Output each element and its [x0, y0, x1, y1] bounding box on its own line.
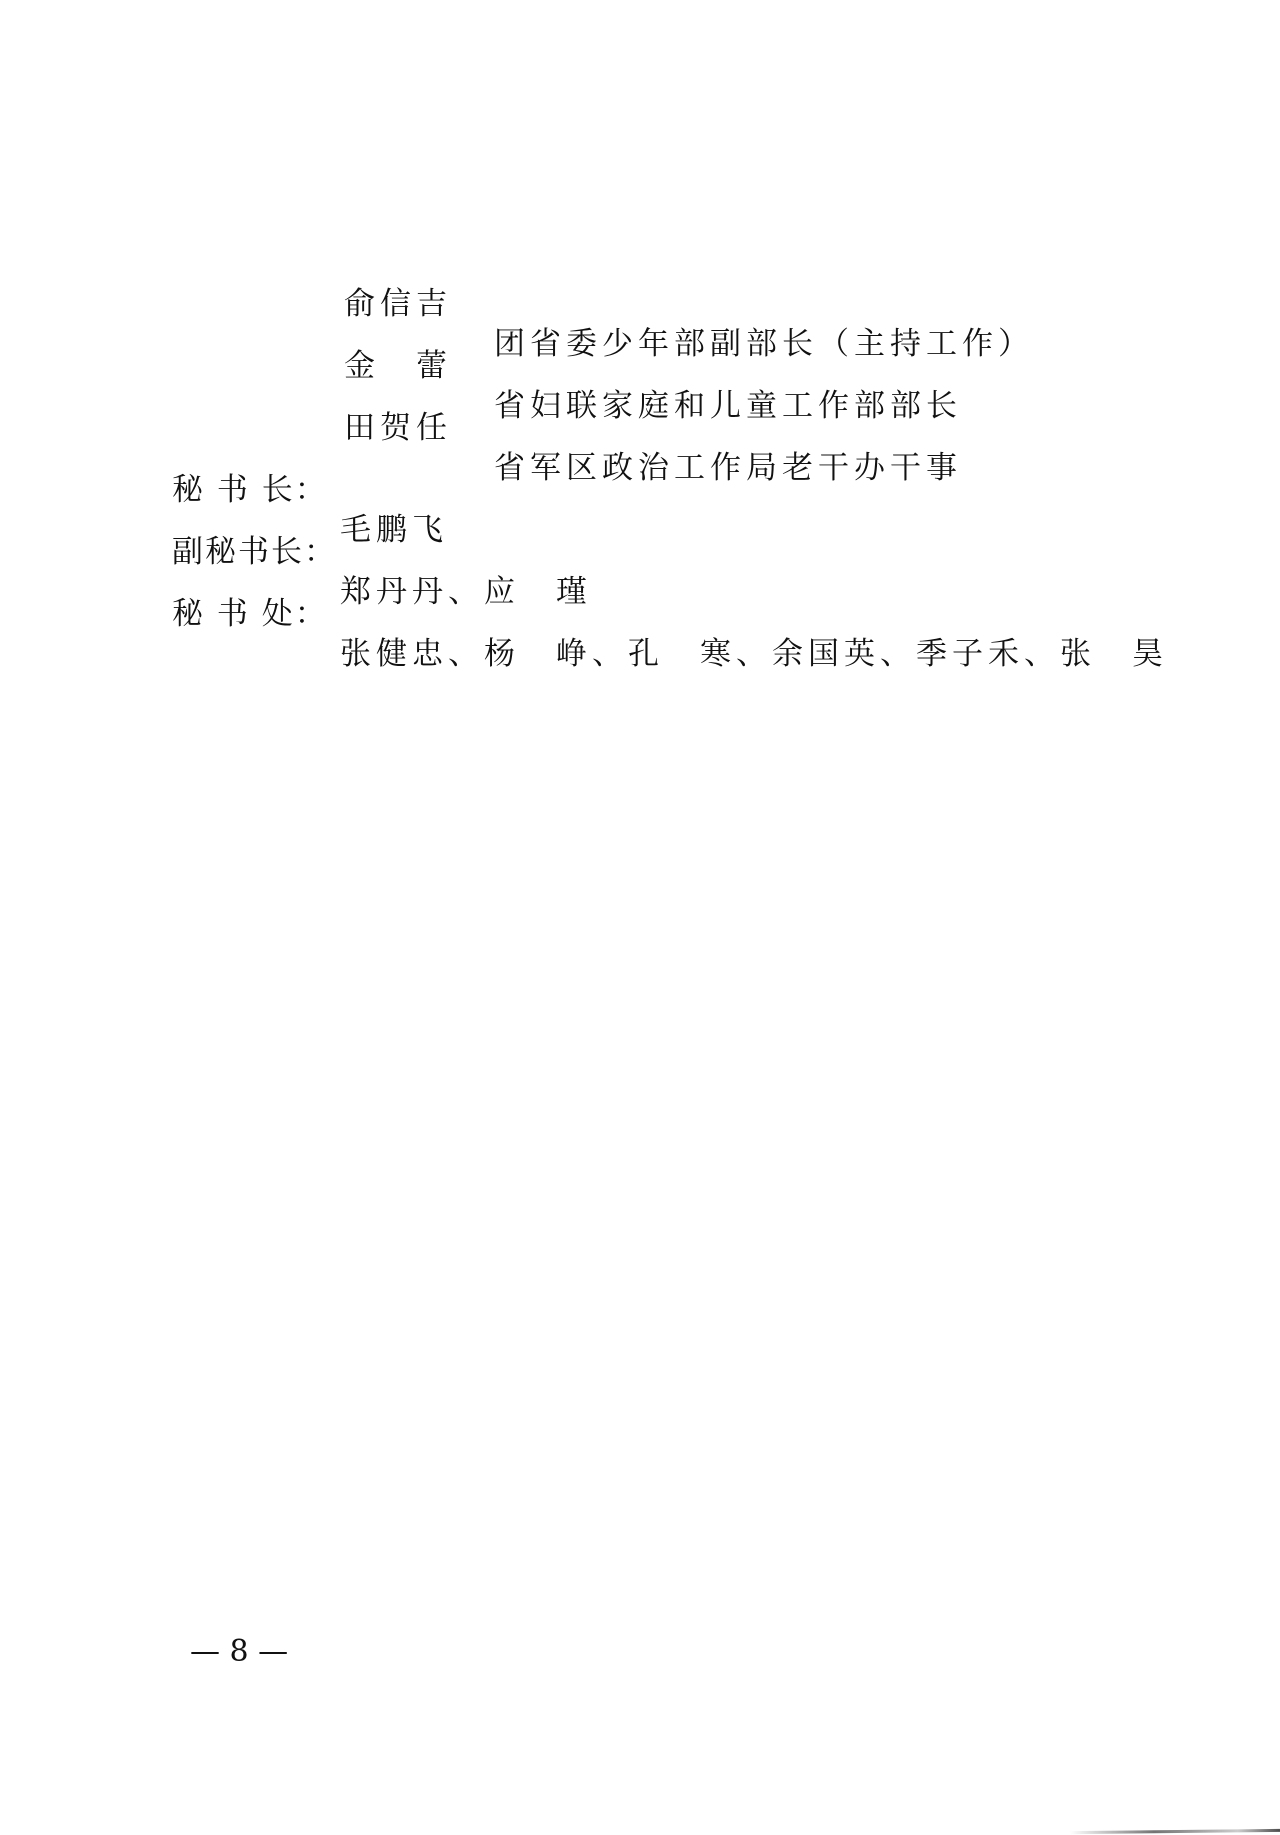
scan-edge-shadow	[1070, 1829, 1280, 1834]
role-row-secretariat: 秘 书 处： 张健忠、杨 峥、孔 寒、余国英、季子禾、张 昊	[0, 554, 1280, 714]
role-label: 秘 书 处：	[172, 594, 328, 634]
document-page: 俞信吉 团省委少年部副部长（主持工作） 金 蕾 省妇联家庭和儿童工作部部长 田贺…	[0, 0, 1280, 1835]
page-number: — 8 —	[190, 1632, 288, 1672]
role-value: 张健忠、杨 峥、孔 寒、余国英、季子禾、张 昊	[340, 634, 1168, 674]
